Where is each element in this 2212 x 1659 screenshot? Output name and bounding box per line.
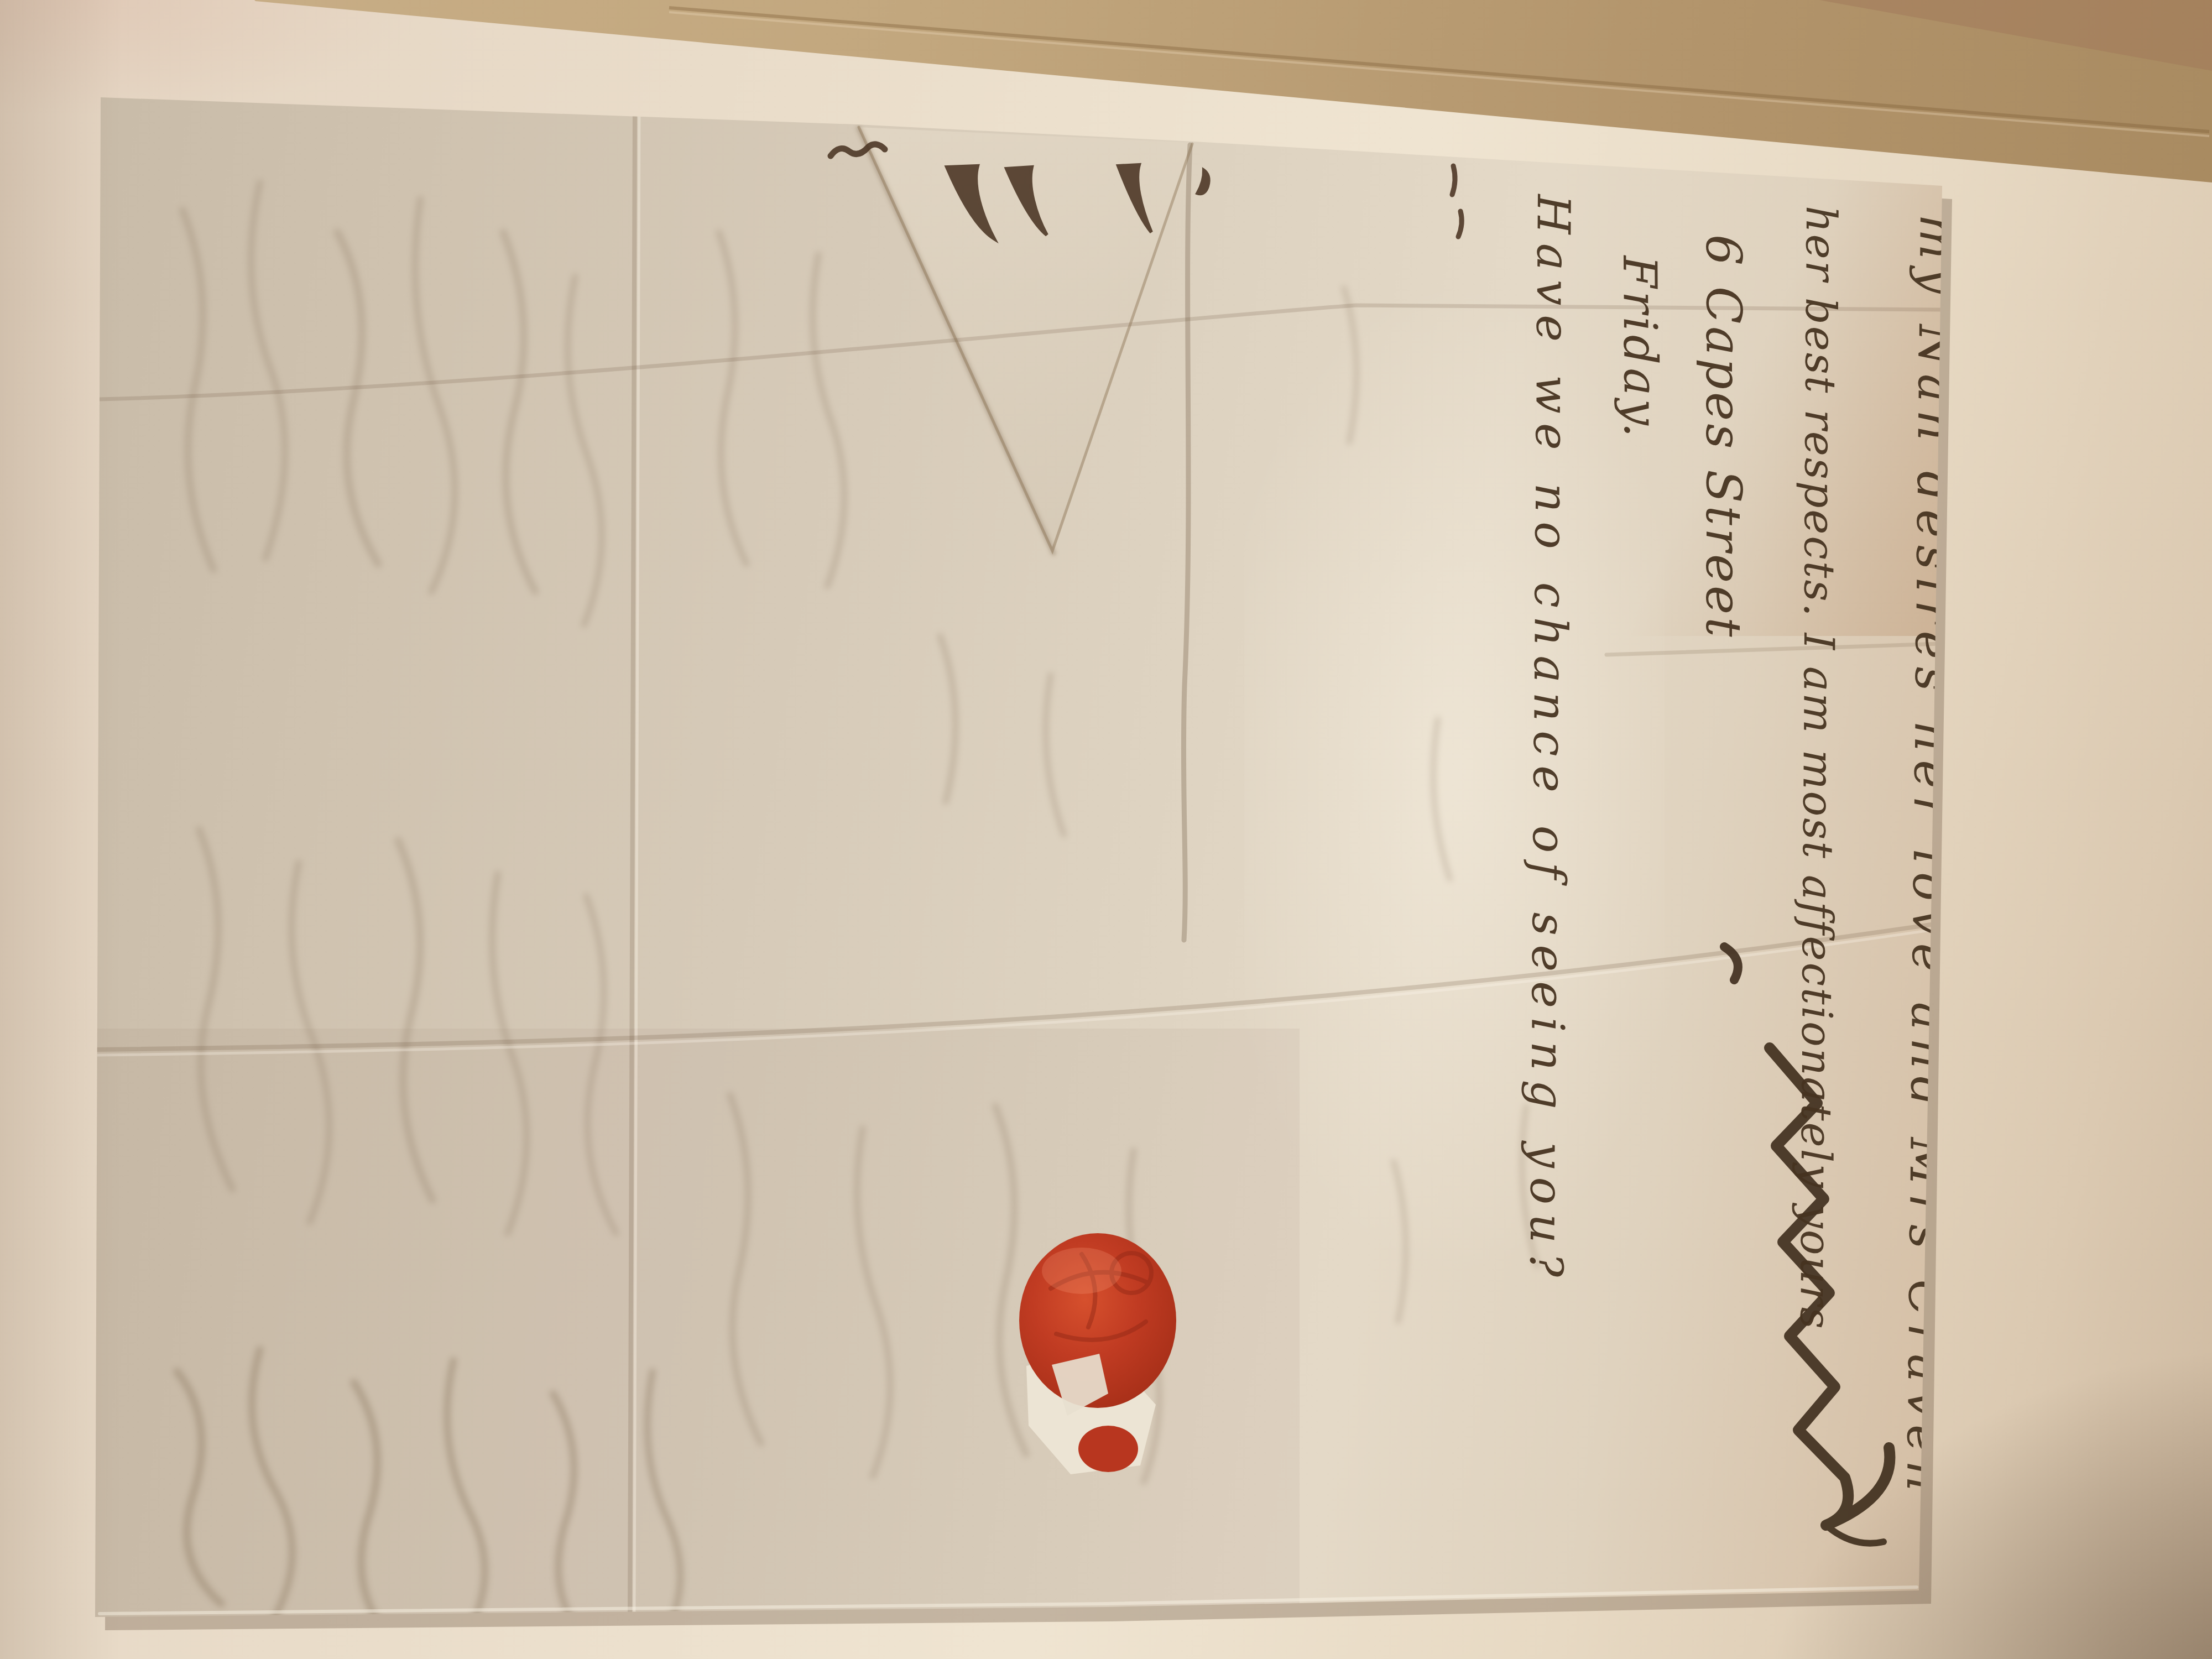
letter-line-2: her best respects. I am most affectionat… bbox=[1791, 206, 1846, 1331]
letter-line-3: 6 Capes Street bbox=[1695, 234, 1752, 640]
flap-ink-strokes bbox=[831, 144, 1462, 239]
showthrough-strokes-dense bbox=[177, 1349, 680, 1642]
letter-line-4: Friday. bbox=[1613, 255, 1668, 441]
folded-letter-paper: my Nan desires her love and Mrs Craven h… bbox=[0, 0, 2212, 1659]
photo-of-folded-letter: my Nan desires her love and Mrs Craven h… bbox=[0, 0, 2212, 1659]
mat-left-shade bbox=[0, 0, 122, 1659]
showthrough-strokes bbox=[182, 182, 1537, 1482]
red-wax-seal bbox=[1019, 1233, 1176, 1474]
letter-line-5: Have we no chance of seeing you? bbox=[1519, 194, 1579, 1286]
letter-detail-art bbox=[0, 0, 2212, 1659]
